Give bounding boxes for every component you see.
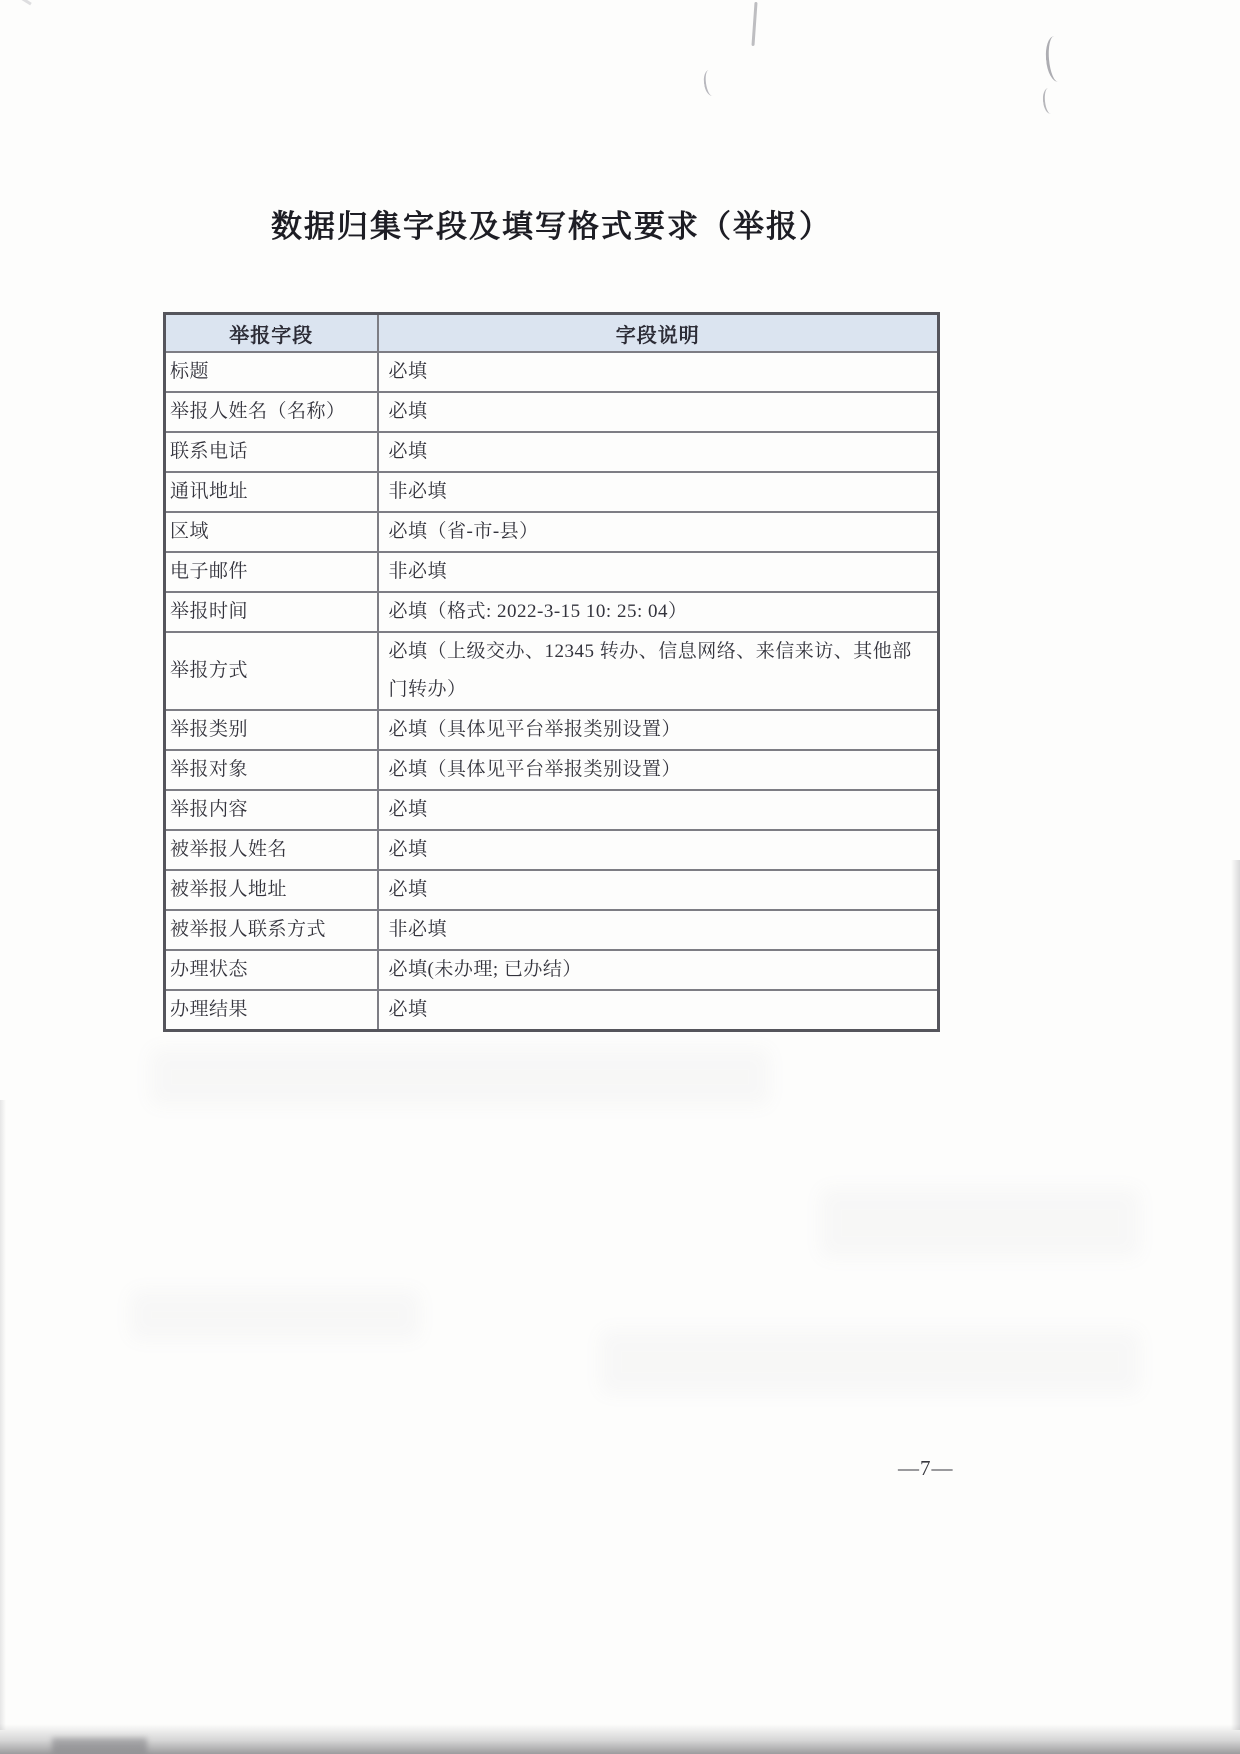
page-number: —7—	[898, 1456, 998, 1481]
table-body: 标题必填举报人姓名（名称）必填联系电话必填通讯地址非必填区域必填（省-市-县）电…	[165, 352, 939, 1031]
table-row: 被举报人地址必填	[165, 870, 939, 910]
scan-artifact-curve	[1042, 87, 1057, 114]
table-row: 标题必填	[165, 352, 939, 392]
report-field-cell: 举报人姓名（名称）	[165, 392, 378, 432]
report-field-cell: 区域	[165, 512, 378, 552]
field-description-cell: 必填（上级交办、12345 转办、信息网络、来信来访、其他部门转办）	[378, 632, 939, 710]
table-row: 办理结果必填	[165, 990, 939, 1031]
table-row: 电子邮件非必填	[165, 552, 939, 592]
table-row: 被举报人姓名必填	[165, 830, 939, 870]
scan-edge-left	[0, 1100, 6, 1730]
scan-artifact-curve	[1044, 35, 1065, 82]
header-field-description: 字段说明	[378, 314, 939, 353]
table-row: 举报方式必填（上级交办、12345 转办、信息网络、来信来访、其他部门转办）	[165, 632, 939, 710]
table-row: 举报人姓名（名称）必填	[165, 392, 939, 432]
table-row: 举报对象必填（具体见平台举报类别设置）	[165, 750, 939, 790]
field-description-cell: 非必填	[378, 910, 939, 950]
field-description-cell: 必填（省-市-县）	[378, 512, 939, 552]
report-field-cell: 通讯地址	[165, 472, 378, 512]
bleed-through-ghost	[820, 1188, 1140, 1258]
field-description-cell: 必填	[378, 392, 939, 432]
field-description-cell: 必填(未办理; 已办结）	[378, 950, 939, 990]
scan-artifact-hairline	[751, 2, 757, 46]
report-field-cell: 电子邮件	[165, 552, 378, 592]
report-field-cell: 举报方式	[165, 632, 378, 710]
scan-edge-right	[1231, 860, 1240, 1730]
field-description-cell: 必填	[378, 990, 939, 1031]
table-row: 办理状态必填(未办理; 已办结）	[165, 950, 939, 990]
table-row: 区域必填（省-市-县）	[165, 512, 939, 552]
bleed-through-ghost	[150, 1048, 770, 1106]
field-description-cell: 非必填	[378, 552, 939, 592]
field-description-cell: 必填	[378, 352, 939, 392]
report-field-cell: 举报对象	[165, 750, 378, 790]
field-description-cell: 必填（具体见平台举报类别设置）	[378, 750, 939, 790]
scan-edge-bottom	[0, 1724, 1240, 1754]
report-field-cell: 被举报人地址	[165, 870, 378, 910]
table-row: 被举报人联系方式非必填	[165, 910, 939, 950]
bleed-through-ghost	[600, 1330, 1140, 1394]
bleed-through-ghost	[130, 1290, 420, 1340]
report-field-cell: 标题	[165, 352, 378, 392]
table-row: 通讯地址非必填	[165, 472, 939, 512]
scan-artifact-corner	[0, 0, 32, 5]
field-description-cell: 必填	[378, 830, 939, 870]
field-description-cell: 必填（具体见平台举报类别设置）	[378, 710, 939, 750]
report-field-cell: 办理状态	[165, 950, 378, 990]
table-row: 举报类别必填（具体见平台举报类别设置）	[165, 710, 939, 750]
field-description-cell: 必填	[378, 790, 939, 830]
report-field-cell: 举报类别	[165, 710, 378, 750]
table-header-row: 举报字段 字段说明	[165, 314, 939, 353]
fields-table: 举报字段 字段说明 标题必填举报人姓名（名称）必填联系电话必填通讯地址非必填区域…	[163, 312, 940, 1032]
table-row: 联系电话必填	[165, 432, 939, 472]
table-row: 举报内容必填	[165, 790, 939, 830]
page-title: 数据归集字段及填写格式要求（举报）	[163, 206, 940, 248]
report-field-cell: 举报时间	[165, 592, 378, 632]
header-report-field: 举报字段	[165, 314, 378, 353]
scan-edge-smudge	[52, 1738, 147, 1754]
report-field-cell: 被举报人联系方式	[165, 910, 378, 950]
field-description-cell: 必填（格式: 2022-3-15 10: 25: 04）	[378, 592, 939, 632]
field-description-cell: 必填	[378, 870, 939, 910]
report-field-cell: 办理结果	[165, 990, 378, 1031]
field-description-cell: 必填	[378, 432, 939, 472]
report-field-cell: 举报内容	[165, 790, 378, 830]
report-field-cell: 联系电话	[165, 432, 378, 472]
scanned-document-page: 数据归集字段及填写格式要求（举报） 举报字段 字段说明 标题必填举报人姓名（名称…	[0, 0, 1240, 1754]
table-row: 举报时间必填（格式: 2022-3-15 10: 25: 04）	[165, 592, 939, 632]
report-field-cell: 被举报人姓名	[165, 830, 378, 870]
field-description-cell: 非必填	[378, 472, 939, 512]
scan-artifact-curve	[702, 69, 718, 96]
